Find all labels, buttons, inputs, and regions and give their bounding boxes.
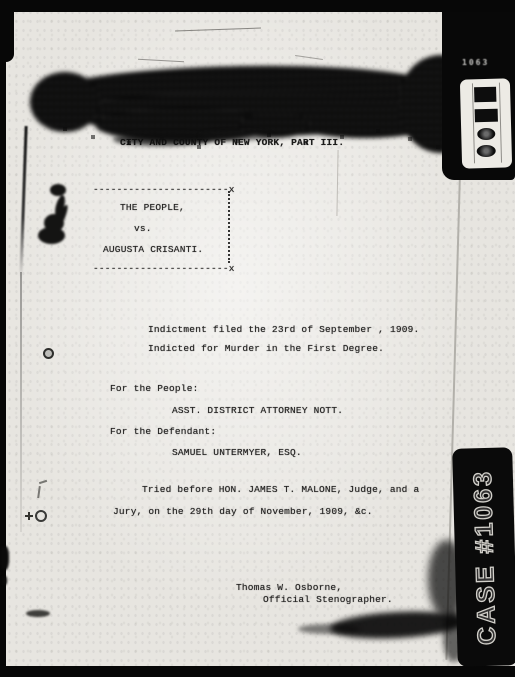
- pen-mark: [28, 512, 30, 520]
- for-defendant-label: For the Defendant:: [110, 426, 216, 437]
- film-border-bottom: [0, 666, 515, 677]
- film-frame-marker: [460, 78, 512, 168]
- people-counsel: ASST. DISTRICT ATTORNEY NOTT.: [172, 405, 343, 416]
- marker-block-icon: [474, 87, 496, 103]
- ink-smudge: [298, 624, 360, 634]
- film-speck: [0, 546, 9, 570]
- stenographer-title: Official Stenographer.: [263, 594, 393, 605]
- film-speck: [2, 576, 7, 585]
- film-border-top: [0, 0, 515, 12]
- ink-blot: [0, 0, 515, 200]
- microfilm-scan: CITY AND COUNTY OF NEW YORK, PART III. -…: [0, 0, 515, 677]
- indictment-filed-line: Indictment filed the 23rd of September ,…: [148, 324, 419, 335]
- stenographer-name: Thomas W. Osborne,: [236, 582, 342, 593]
- indicted-for-line: Indicted for Murder in the First Degree.: [148, 343, 384, 354]
- ink-smudge: [113, 133, 211, 146]
- binding-shadow: [20, 272, 22, 532]
- binder-hole: [43, 348, 54, 359]
- film-border-corner: [0, 0, 14, 62]
- tried-before-line2: Jury, on the 29th day of November, 1909,…: [113, 506, 373, 517]
- ink-smudge: [200, 131, 272, 141]
- frame-number: 1063: [462, 58, 510, 67]
- caption-rule-bottom: -----------------------x: [93, 263, 235, 274]
- tried-before-line1: Tried before HON. JAMES T. MALONE, Judge…: [142, 484, 419, 495]
- binder-hole: [35, 510, 47, 522]
- defendant-name: AUGUSTA CRISANTI.: [103, 244, 203, 255]
- defendant-counsel: SAMUEL UNTERMYER, ESQ.: [172, 447, 302, 458]
- ink-smudge: [26, 610, 50, 617]
- case-number-label: CASE #1063: [452, 447, 515, 666]
- caption-dotted-rule: [228, 191, 230, 263]
- for-people-label: For the People:: [110, 383, 199, 394]
- versus-label: vs.: [134, 223, 152, 234]
- plaintiff-name: THE PEOPLE,: [120, 202, 185, 213]
- case-number-text: CASE #1063: [468, 469, 502, 646]
- marker-block-icon: [475, 109, 498, 123]
